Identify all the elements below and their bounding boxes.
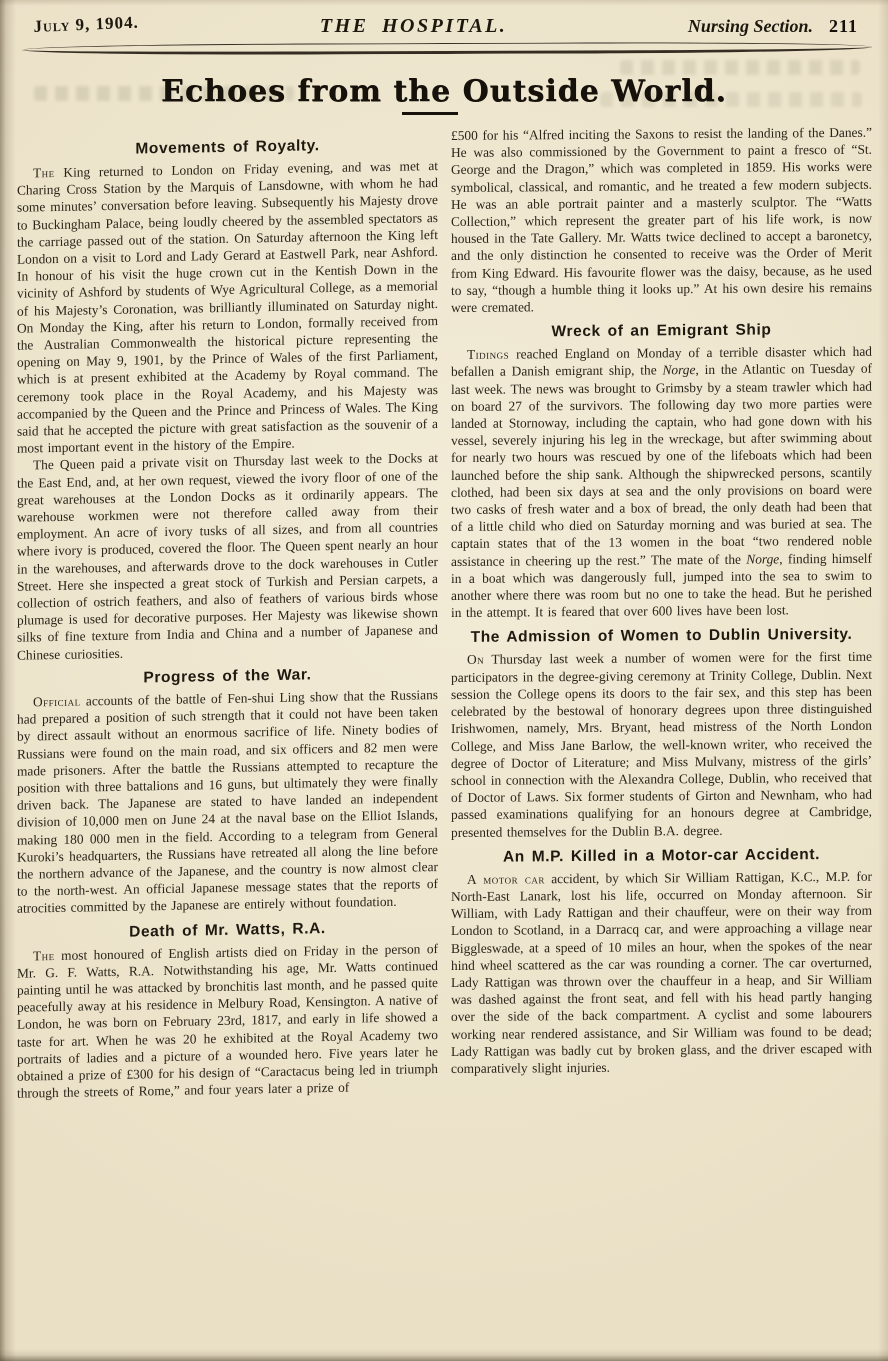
left-column: Movements of Royalty. The King returned … bbox=[17, 127, 438, 1094]
section-mp-killed-motor-car: An M.P. Killed in a Motor-car Accident. … bbox=[451, 845, 872, 1077]
two-column-layout: Movements of Royalty. The King returned … bbox=[0, 115, 888, 1094]
title-underline bbox=[402, 112, 458, 115]
section-heading: The Admission of Women to Dublin Univers… bbox=[451, 626, 872, 647]
journal-title: THE HOSPITAL. bbox=[320, 15, 507, 38]
section-admission-of-women: The Admission of Women to Dublin Univers… bbox=[451, 626, 872, 841]
paragraph: The most honoured of English artists die… bbox=[17, 940, 438, 1103]
paragraph: A motor car accident, by which Sir Willi… bbox=[451, 867, 872, 1077]
article-title-block: Echoes from the Outside World. bbox=[0, 74, 888, 115]
paragraph-continuation: £500 for his “Alfred inciting the Saxons… bbox=[451, 124, 872, 317]
show-through-artifact bbox=[620, 60, 860, 75]
section-movements-of-royalty: Movements of Royalty. The King returned … bbox=[17, 135, 438, 664]
scanned-journal-page: July 9, 1904. THE HOSPITAL. Nursing Sect… bbox=[0, 0, 888, 1361]
section-heading: Progress of the War. bbox=[17, 664, 438, 690]
section-heading: Movements of Royalty. bbox=[17, 135, 438, 161]
page-number: 211 bbox=[829, 16, 858, 37]
paragraph: Official accounts of the battle of Fen-s… bbox=[17, 686, 438, 917]
double-rule bbox=[22, 42, 872, 56]
paragraph: The Queen paid a private visit on Thursd… bbox=[17, 449, 438, 663]
article-title: Echoes from the Outside World. bbox=[161, 74, 727, 109]
issue-date: July 9, 1904. bbox=[33, 13, 139, 37]
paragraph: On Thursday last week a number of women … bbox=[451, 648, 872, 841]
section-heading: Wreck of an Emigrant Ship bbox=[451, 321, 872, 342]
paragraph: The King returned to London on Friday ev… bbox=[17, 157, 438, 457]
section-heading: An M.P. Killed in a Motor-car Accident. bbox=[451, 845, 872, 866]
section-wreck-of-emigrant-ship: Wreck of an Emigrant Ship Tidings reache… bbox=[451, 321, 872, 622]
section-name: Nursing Section. bbox=[688, 16, 813, 37]
paragraph: Tidings reached England on Monday of a t… bbox=[451, 343, 872, 622]
masthead-right: Nursing Section. 211 bbox=[688, 16, 858, 37]
section-progress-of-the-war: Progress of the War. Official accounts o… bbox=[17, 664, 438, 917]
masthead: July 9, 1904. THE HOSPITAL. Nursing Sect… bbox=[0, 0, 888, 38]
section-heading: Death of Mr. Watts, R.A. bbox=[17, 918, 438, 944]
section-death-of-mr-watts: Death of Mr. Watts, R.A. The most honour… bbox=[17, 918, 438, 1103]
right-column: £500 for his “Alfred inciting the Saxons… bbox=[451, 127, 872, 1094]
